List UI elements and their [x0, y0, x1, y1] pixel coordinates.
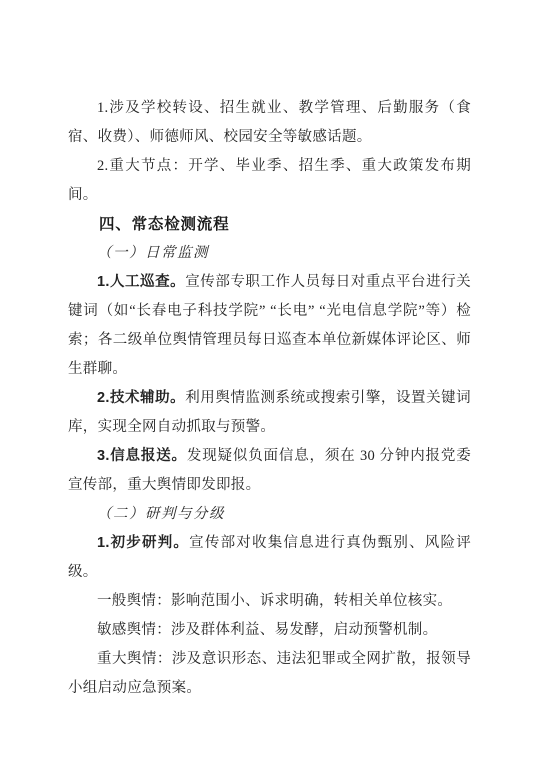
paragraph-manual-inspection: 1.人工巡查。宣传部专职工作人员每日对重点平台进行关键词（如“长春电子科技学院”…: [68, 268, 471, 384]
paragraph-general-opinion: 一般舆情：影响范围小、诉求明确，转相关单位核实。: [68, 587, 471, 616]
paragraph-sensitive-opinion: 敏感舆情：涉及群体利益、易发酵，启动预警机制。: [68, 616, 471, 645]
paragraph-major-nodes: 2.重大节点：开学、毕业季、招生季、重大政策发布期间。: [68, 152, 471, 210]
document-page: 1.涉及学校转设、招生就业、教学管理、后勤服务（食宿、收费）、师德师风、校园安全…: [0, 0, 539, 765]
subsection-heading-daily-monitoring: （一）日常监测: [68, 239, 471, 268]
paragraph-text: 一般舆情：影响范围小、诉求明确，转相关单位核实。: [97, 593, 452, 609]
paragraph-text: 敏感舆情：涉及群体利益、易发酵，启动预警机制。: [97, 622, 437, 638]
paragraph-information-reporting: 3.信息报送。发现疑似负面信息，须在 30 分钟内报党委宣传部，重大舆情即发即报…: [68, 442, 471, 500]
run-emphasis-label: 2.技术辅助。: [97, 390, 185, 406]
paragraph-sensitive-topics: 1.涉及学校转设、招生就业、教学管理、后勤服务（食宿、收费）、师德师风、校园安全…: [68, 94, 471, 152]
paragraph-text: 重大舆情：涉及意识形态、违法犯罪或全网扩散，报领导小组启动应急预案。: [68, 651, 471, 696]
paragraph-preliminary-judgment: 1.初步研判。宣传部对收集信息进行真伪甄别、风险评级。: [68, 529, 471, 587]
run-emphasis-label: 3.信息报送。: [97, 448, 187, 464]
paragraph-text: 2.重大节点：开学、毕业季、招生季、重大政策发布期间。: [68, 158, 471, 203]
heading-text: 四、常态检测流程: [99, 216, 229, 233]
paragraph-technical-assistance: 2.技术辅助。利用舆情监测系统或搜索引擎，设置关键词库，实现全网自动抓取与预警。: [68, 384, 471, 442]
section-heading-normal-monitoring-process: 四、常态检测流程: [68, 210, 471, 239]
paragraph-text: 1.涉及学校转设、招生就业、教学管理、后勤服务（食宿、收费）、师德师风、校园安全…: [68, 100, 471, 145]
run-emphasis-label: 1.初步研判。: [97, 535, 189, 551]
heading-text: （一）日常监测: [97, 245, 209, 261]
paragraph-major-opinion: 重大舆情：涉及意识形态、违法犯罪或全网扩散，报领导小组启动应急预案。: [68, 645, 471, 703]
run-emphasis-label: 1.人工巡查。: [97, 274, 185, 290]
text-block: 1.涉及学校转设、招生就业、教学管理、后勤服务（食宿、收费）、师德师风、校园安全…: [68, 94, 471, 703]
subsection-heading-judgment-grading: （二）研判与分级: [68, 500, 471, 529]
heading-text: （二）研判与分级: [97, 506, 225, 522]
